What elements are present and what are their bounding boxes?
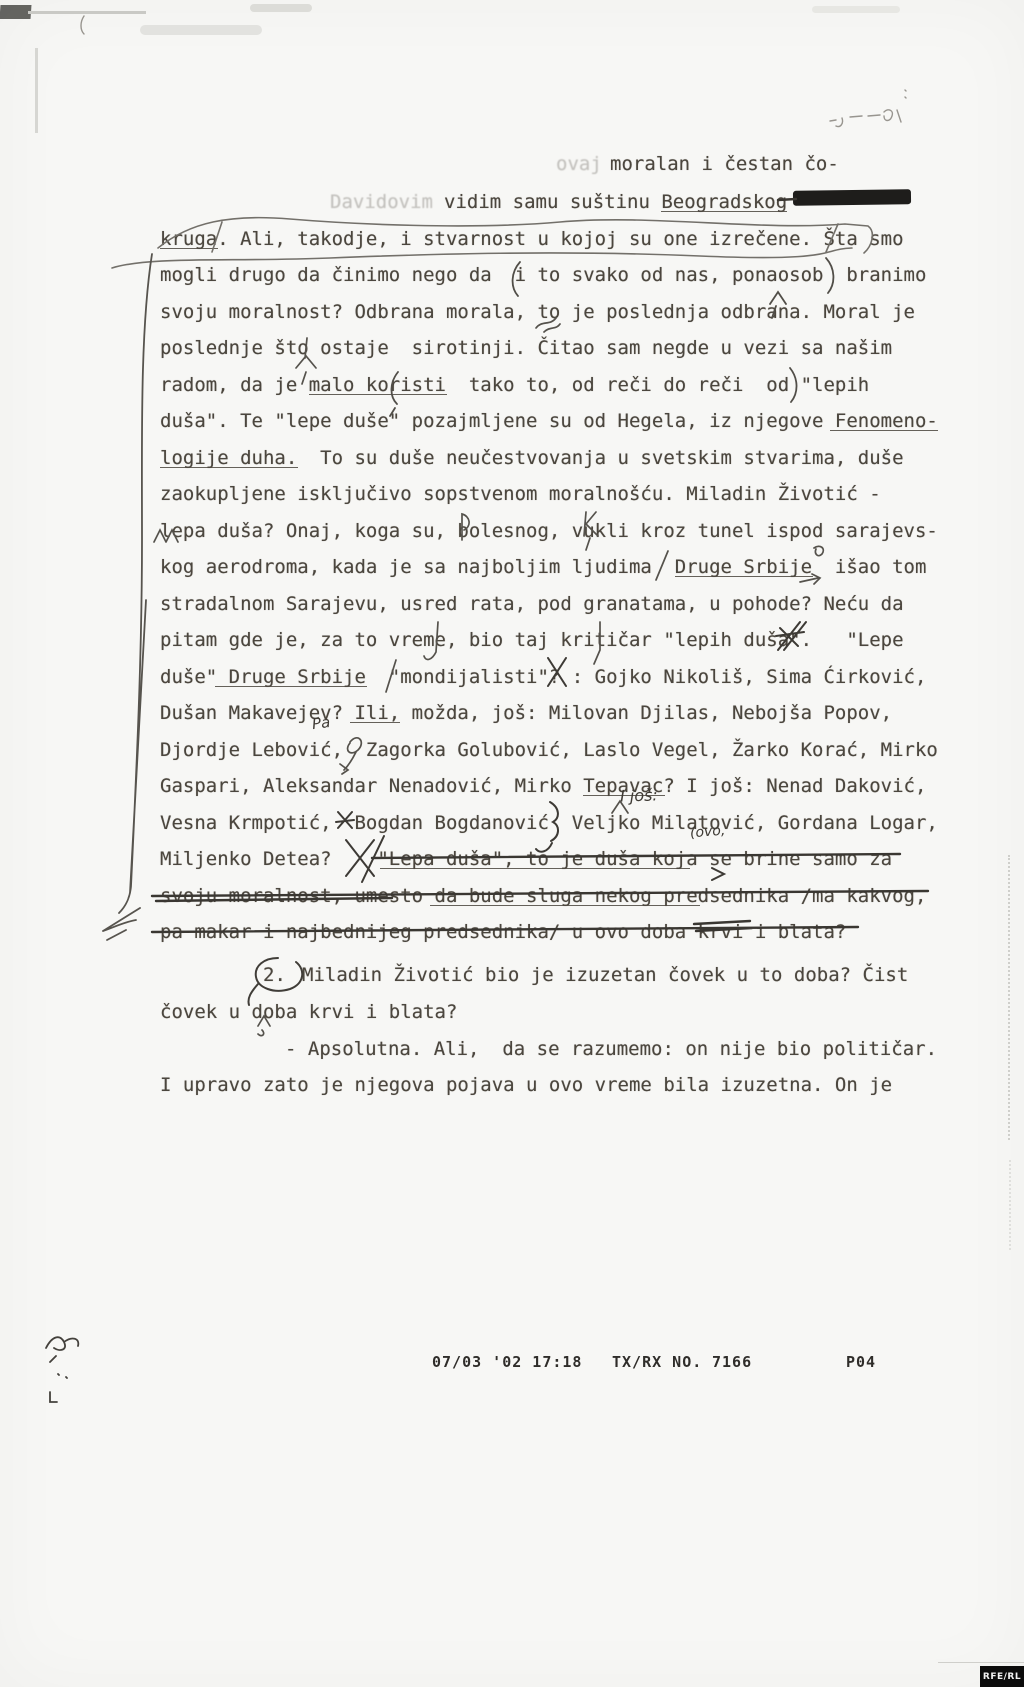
handwritten-insert-i-jos: I još: [620,785,658,805]
typed-line: stradalnom Sarajevu, usred rata, pod gra… [160,592,904,616]
watermark-divider-line [938,1662,1024,1663]
typed-line: kruga. Ali, takodje, i stvarnost u kojoj… [160,227,904,251]
underline-malo-koristi [309,394,447,395]
scan-streak [28,11,146,14]
handwritten-insert-ovo: (ovo, [689,822,726,841]
typed-line: zaokupljene isključivo sopstvenom moraln… [160,482,881,506]
typed-line: Djordje Lebović, Zagorka Golubović, Lasl… [160,738,938,762]
typed-line: Gaspari, Aleksandar Nenadović, Mirko Tep… [160,774,926,798]
fax-footer-txrx-label: TX/RX NO. [612,1353,702,1371]
typed-line: čovek u doba krvi i blata? [160,1000,457,1024]
underline-da-bude-sluga [430,905,700,906]
typed-line: ovaj [556,152,602,176]
margin-bracket [103,254,152,940]
typed-line: Davidovim [330,190,433,214]
typed-line: Dušan Makavejev? Ili, možda, još: Milova… [160,701,892,725]
right-edge-faint-marks [1008,855,1010,1140]
scan-mark-top-left [0,5,31,19]
rferl-watermark: RFE/RL [980,1666,1024,1687]
redacted-word [793,189,911,206]
typed-line: pa makar i najbednijeg predsednika/ u ov… [160,920,846,944]
typed-line: pitam gde je, za to vreme, bio taj kriti… [160,628,904,652]
underline-kruga [160,248,218,249]
typed-line: Vesna Krmpotić, Bogdan Bogdanović Veljko… [160,811,938,835]
handwritten-insert-pa: Pa [311,713,331,733]
typed-line: svoju moralnost? Odbrana morala, to je p… [160,300,915,324]
typed-line: radom, da je malo koristi tako to, od re… [160,373,869,397]
underline-fenomeno [830,430,938,431]
underline-beogradskog [661,211,787,212]
underline-druge-srbije-2 [215,686,367,687]
underline-lepa-dusa [380,868,690,869]
typed-line: duša". Te "lepe duše" pozajmljene su od … [160,409,938,433]
question-number: 2. [263,963,286,987]
underline-druge-srbije [675,576,813,577]
fax-footer-datetime: 07/03 '02 17:18 [432,1353,582,1371]
typed-line: I upravo zato je njegova pojava u ovo vr… [160,1073,892,1097]
fax-footer-page-number: P04 [846,1353,876,1371]
rferl-watermark-label: RFE/RL [983,1672,1021,1682]
scan-smudge [812,6,900,13]
typed-line: poslednje što ostaje sirotinji. Čitao sa… [160,336,892,360]
underline-logije-duha [160,467,298,468]
fax-page: ovaj moralan i čestan čo- Davidovim vidi… [0,0,1024,1687]
typed-line: mogli drugo da činimo nego da i to svako… [160,263,926,287]
handwritten-annotations-layer [0,0,1024,1687]
typed-line: moralan i čestan čo- [610,152,839,176]
scan-streak-left-edge [35,48,38,133]
bottom-left-scribble [46,1337,78,1402]
typed-line: Miladin Životić bio je izuzetan čovek u … [302,963,908,987]
fax-footer-txrx-number: 7166 [712,1353,752,1371]
scan-smudge [140,25,262,35]
scan-smudge [250,4,312,12]
typed-line: - Apsolutna. Ali, da se razumemo: on nij… [285,1037,937,1061]
underline-ili [350,722,400,723]
right-edge-faint-marks [1009,1160,1011,1250]
typed-line: lepa duša? Onaj, koga su, bolesnog, vukl… [160,519,938,543]
